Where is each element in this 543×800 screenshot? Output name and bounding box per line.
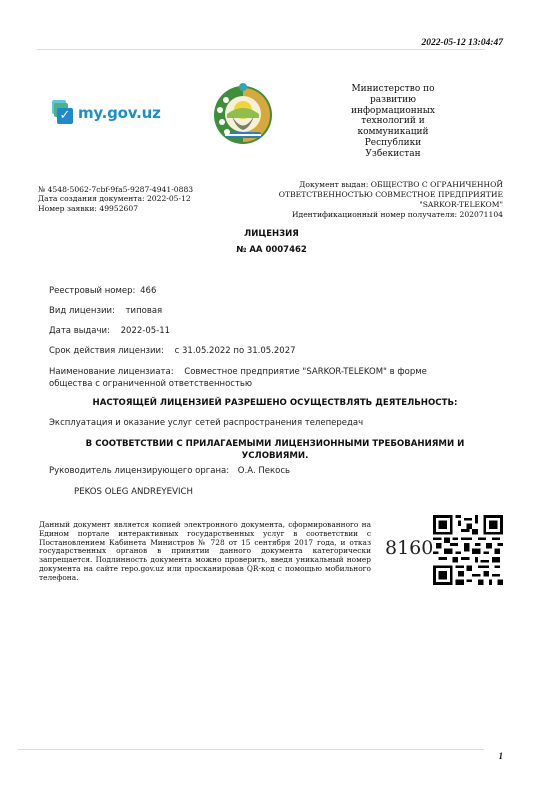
issuer-line: Документ выдан: ОБЩЕСТВО С ОГРАНИЧЕННОЙ <box>258 180 503 190</box>
validity-field: Срок действия лицензии: с 31.05.2022 по … <box>49 346 296 356</box>
issuer-line: ОТВЕТСТВЕННОСТЬЮ СОВМЕСТНОЕ ПРЕДПРИЯТИЕ <box>258 190 503 200</box>
recipient-id: Идентификационный номер получателя: 2020… <box>258 210 503 220</box>
issuer-line: "SARKOR-TELEKOM" <box>258 200 503 210</box>
request-number: Номер заявки: 49952607 <box>38 204 193 213</box>
bottom-divider <box>18 749 484 750</box>
field-value: О.А. Пекось <box>238 466 290 476</box>
field-label: Дата выдачи: <box>49 326 110 336</box>
ministry-name: Министерство по развитию информационных … <box>328 84 458 160</box>
ministry-line: технологий и <box>328 116 458 127</box>
ministry-line: Узбекистан <box>328 149 458 160</box>
checkbox-stack-icon: ✓ <box>52 100 74 126</box>
license-type-field: Вид лицензии: типовая <box>49 306 162 316</box>
ministry-line: развитию информационных <box>328 95 458 117</box>
top-divider <box>37 49 485 50</box>
qr-code-icon[interactable] <box>433 515 503 585</box>
licensee-field: Наименование лицензиата: Совместное пред… <box>49 366 459 390</box>
conditions-heading-line: В СООТВЕТСТВИИ С ПРИЛАГАЕМЫМИ ЛИЦЕНЗИОНН… <box>30 438 520 450</box>
head-name-latin: PEKOS OLEG ANDREYEVICH <box>74 487 193 497</box>
page-number: 1 <box>499 751 504 761</box>
state-emblem-icon <box>210 80 276 146</box>
verification-code: 8160 <box>385 537 433 559</box>
document-number: № 4548-5062-7cbf-9fa5-9287-4941-0883 <box>38 185 193 194</box>
field-label: Наименование лицензиата: <box>49 367 174 377</box>
ministry-line: Министерство по <box>328 84 458 95</box>
conditions-heading: В СООТВЕТСТВИИ С ПРИЛАГАЕМЫМИ ЛИЦЕНЗИОНН… <box>30 438 520 462</box>
logo-text: my.gov.uz <box>78 104 161 122</box>
registry-number-field: Реестровый номер: 466 <box>49 286 156 296</box>
field-value: 466 <box>140 286 156 296</box>
document-meta: № 4548-5062-7cbf-9fa5-9287-4941-0883 Дат… <box>38 185 193 213</box>
activity-description: Эксплуатация и оказание услуг сетей расп… <box>49 418 363 428</box>
field-label: Руководитель лицензирующего органа: <box>49 466 229 476</box>
license-number: № АА 0007462 <box>0 245 543 255</box>
issue-date-field: Дата выдачи: 2022-05-11 <box>49 326 170 336</box>
ministry-line: коммуникаций Республики <box>328 127 458 149</box>
conditions-heading-line: УСЛОВИЯМИ. <box>30 450 520 462</box>
field-label: Срок действия лицензии: <box>49 346 164 356</box>
disclaimer-text: Данный документ является копией электрон… <box>39 521 371 583</box>
license-title: ЛИЦЕНЗИЯ <box>0 229 543 239</box>
issuer-block: Документ выдан: ОБЩЕСТВО С ОГРАНИЧЕННОЙ … <box>258 180 503 220</box>
document-created-date: Дата создания документа: 2022-05-12 <box>38 194 193 203</box>
field-label: Реестровый номер: <box>49 286 135 296</box>
print-timestamp: 2022-05-12 13:04:47 <box>421 38 503 48</box>
field-label: Вид лицензии: <box>49 306 115 316</box>
permitted-activity-heading: НАСТОЯЩЕЙ ЛИЦЕНЗИЕЙ РАЗРЕШЕНО ОСУЩЕСТВЛЯ… <box>30 397 520 409</box>
mygov-logo: ✓ my.gov.uz <box>52 100 161 126</box>
licensing-head-field: Руководитель лицензирующего органа: О.А.… <box>49 466 290 476</box>
field-value: 2022-05-11 <box>121 326 170 336</box>
field-value: типовая <box>126 306 163 316</box>
field-value: с 31.05.2022 по 31.05.2027 <box>175 346 296 356</box>
